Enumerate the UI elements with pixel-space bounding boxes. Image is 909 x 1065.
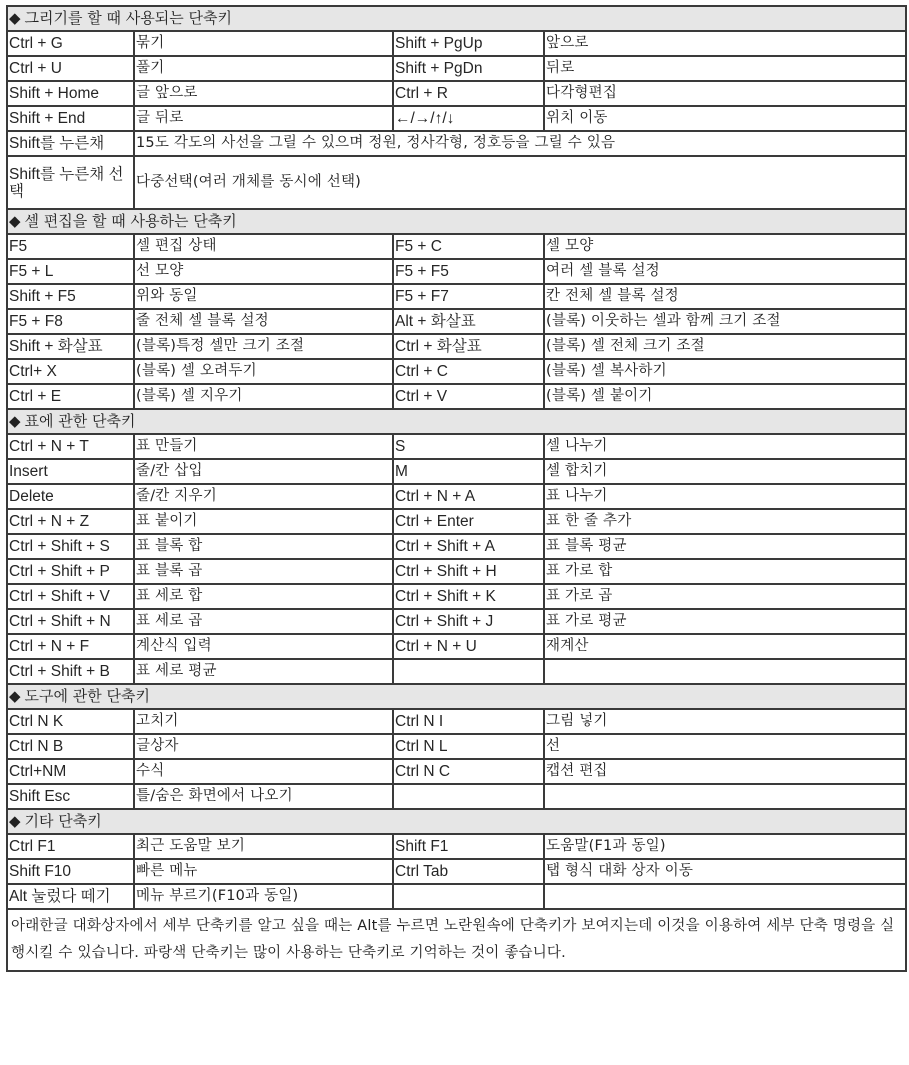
shortcut-desc: 표 세로 합 <box>134 584 393 609</box>
shortcut-key: Ctrl + Shift + J <box>393 609 544 634</box>
shortcut-key: Shift Esc <box>7 784 134 809</box>
section-title: 기타 단축키 <box>25 812 102 830</box>
diamond-bullet-icon: ◆ <box>9 9 21 27</box>
shortcut-desc: 캡션 편집 <box>544 759 906 784</box>
shortcut-key: Ctrl + R <box>393 81 544 106</box>
shortcut-desc: 칸 전체 셀 블록 설정 <box>544 284 906 309</box>
table-row: Shift Esc틀/숨은 화면에서 나오기 <box>7 784 906 809</box>
table-row: Shift F10빠른 메뉴Ctrl Tab탭 형식 대화 상자 이동 <box>7 859 906 884</box>
shortcut-key: Ctrl N C <box>393 759 544 784</box>
section-header-cell-edit: ◆셀 편집을 할 때 사용하는 단축키 <box>7 209 906 234</box>
shortcut-desc: 셀 나누기 <box>544 434 906 459</box>
section-title: 표에 관한 단축키 <box>25 412 136 430</box>
shortcut-desc: 수식 <box>134 759 393 784</box>
table-row: Ctrl + N + F계산식 입력Ctrl + N + U재계산 <box>7 634 906 659</box>
shortcut-desc: 표 블록 곱 <box>134 559 393 584</box>
shortcut-desc: 계산식 입력 <box>134 634 393 659</box>
shortcut-desc: 표 세로 평균 <box>134 659 393 684</box>
shortcut-key: Ctrl + Shift + H <box>393 559 544 584</box>
footer-note: 아래한글 대화상자에서 세부 단축키를 알고 싶을 때는 Alt를 누르면 노란… <box>7 909 906 971</box>
shortcut-key: F5 <box>7 234 134 259</box>
shortcut-key: Ctrl + V <box>393 384 544 409</box>
shortcut-desc: (블록) 이웃하는 셀과 함께 크기 조절 <box>544 309 906 334</box>
shortcut-desc: 표 만들기 <box>134 434 393 459</box>
shortcut-key: Shift를 누른채 선택 <box>7 156 134 209</box>
section-header-table: ◆표에 관한 단축키 <box>7 409 906 434</box>
shortcut-key: ←/→/↑/↓ <box>393 106 544 131</box>
shortcut-key: Ctrl + N + Z <box>7 509 134 534</box>
shortcut-key: Shift F1 <box>393 834 544 859</box>
shortcut-key: Ctrl + 화살표 <box>393 334 544 359</box>
footer-note-row: 아래한글 대화상자에서 세부 단축키를 알고 싶을 때는 Alt를 누르면 노란… <box>7 909 906 971</box>
table-row: Shift + 화살표(블록)특정 셀만 크기 조절Ctrl + 화살표(블록)… <box>7 334 906 359</box>
table-row: Ctrl + E(블록) 셀 지우기Ctrl + V(블록) 셀 붙이기 <box>7 384 906 409</box>
shortcut-desc: 글 뒤로 <box>134 106 393 131</box>
table-row: Ctrl + Shift + P표 블록 곱Ctrl + Shift + H표 … <box>7 559 906 584</box>
shortcut-key: Ctrl + N + U <box>393 634 544 659</box>
shortcut-desc: 표 가로 곱 <box>544 584 906 609</box>
shortcut-key: Ctrl + Shift + S <box>7 534 134 559</box>
shortcut-key: Ctrl + N + T <box>7 434 134 459</box>
empty-cell <box>544 884 906 909</box>
shortcut-desc: 메뉴 부르기(F10과 동일) <box>134 884 393 909</box>
table-row: F5 + L선 모양F5 + F5여러 셀 블록 설정 <box>7 259 906 284</box>
shortcut-key: Shift를 누른채 <box>7 131 134 156</box>
shortcut-key: Shift + 화살표 <box>7 334 134 359</box>
shortcut-desc: 앞으로 <box>544 31 906 56</box>
empty-cell <box>393 884 544 909</box>
shortcut-desc: 위와 동일 <box>134 284 393 309</box>
section-title: 그리기를 할 때 사용되는 단축키 <box>25 9 232 27</box>
shortcut-key: Ctrl F1 <box>7 834 134 859</box>
section-header-misc: ◆기타 단축키 <box>7 809 906 834</box>
shortcut-key: Alt + 화살표 <box>393 309 544 334</box>
section-title-cell: ◆기타 단축키 <box>7 809 906 834</box>
shortcut-key: Ctrl + E <box>7 384 134 409</box>
empty-cell <box>544 659 906 684</box>
shortcut-key: Ctrl + G <box>7 31 134 56</box>
shortcut-desc: 표 세로 곱 <box>134 609 393 634</box>
shortcut-desc: 15도 각도의 사선을 그릴 수 있으며 정원, 정사각형, 정호등을 그릴 수… <box>134 131 906 156</box>
table-row: Shift + End글 뒤로←/→/↑/↓위치 이동 <box>7 106 906 131</box>
shortcut-desc: (블록) 셀 오려두기 <box>134 359 393 384</box>
diamond-bullet-icon: ◆ <box>9 412 21 430</box>
table-row: Ctrl + N + Z표 붙이기Ctrl + Enter표 한 줄 추가 <box>7 509 906 534</box>
shortcut-desc: 줄/칸 삽입 <box>134 459 393 484</box>
shortcut-desc: (블록) 셀 붙이기 <box>544 384 906 409</box>
section-title-cell: ◆도구에 관한 단축키 <box>7 684 906 709</box>
shortcut-desc: (블록) 셀 지우기 <box>134 384 393 409</box>
diamond-bullet-icon: ◆ <box>9 212 21 230</box>
shortcut-desc: 최근 도움말 보기 <box>134 834 393 859</box>
shortcut-desc: 묶기 <box>134 31 393 56</box>
shortcut-key: Shift + Home <box>7 81 134 106</box>
table-row: F5 + F8줄 전체 셀 블록 설정Alt + 화살표(블록) 이웃하는 셀과… <box>7 309 906 334</box>
table-row: Ctrl N B글상자Ctrl N L선 <box>7 734 906 759</box>
shortcut-desc: 표 블록 평균 <box>544 534 906 559</box>
shortcut-key: Ctrl + Shift + V <box>7 584 134 609</box>
shortcut-key: Ctrl + Shift + B <box>7 659 134 684</box>
shortcut-key: Ctrl N K <box>7 709 134 734</box>
table-row: Ctrl + Shift + V표 세로 합Ctrl + Shift + K표 … <box>7 584 906 609</box>
shortcut-desc: 탭 형식 대화 상자 이동 <box>544 859 906 884</box>
shortcut-key: Ctrl + Enter <box>393 509 544 534</box>
section-title: 셀 편집을 할 때 사용하는 단축키 <box>25 212 237 230</box>
shortcut-table-body: ◆그리기를 할 때 사용되는 단축키 Ctrl + G묶기Shift + PgU… <box>7 6 906 971</box>
table-row: Ctrl + Shift + S표 블록 합Ctrl + Shift + A표 … <box>7 534 906 559</box>
shortcut-key: Alt 눌렀다 떼기 <box>7 884 134 909</box>
shortcut-key: Ctrl + Shift + P <box>7 559 134 584</box>
section-title-cell: ◆그리기를 할 때 사용되는 단축키 <box>7 6 906 31</box>
shortcut-key: F5 + L <box>7 259 134 284</box>
shortcut-key: Ctrl + C <box>393 359 544 384</box>
table-row: Shift + Home글 앞으로Ctrl + R다각형편집 <box>7 81 906 106</box>
shortcut-desc: 표 가로 평균 <box>544 609 906 634</box>
shortcut-key: Ctrl+ X <box>7 359 134 384</box>
shortcut-desc: 고치기 <box>134 709 393 734</box>
section-header-tools: ◆도구에 관한 단축키 <box>7 684 906 709</box>
table-row: Ctrl + Shift + N표 세로 곱Ctrl + Shift + J표 … <box>7 609 906 634</box>
section-header-drawing: ◆그리기를 할 때 사용되는 단축키 <box>7 6 906 31</box>
table-row: Ctrl F1최근 도움말 보기Shift F1도움말(F1과 동일) <box>7 834 906 859</box>
shortcut-desc: 표 나누기 <box>544 484 906 509</box>
shortcut-desc: 표 블록 합 <box>134 534 393 559</box>
table-row: Alt 눌렀다 떼기메뉴 부르기(F10과 동일) <box>7 884 906 909</box>
shortcut-desc: (블록)특정 셀만 크기 조절 <box>134 334 393 359</box>
shortcut-key: Ctrl + N + A <box>393 484 544 509</box>
shortcut-desc: 그림 넣기 <box>544 709 906 734</box>
table-row: Ctrl + U풀기Shift + PgDn뒤로 <box>7 56 906 81</box>
diamond-bullet-icon: ◆ <box>9 687 21 705</box>
shortcut-desc: 여러 셀 블록 설정 <box>544 259 906 284</box>
table-row: Shift + F5위와 동일F5 + F7칸 전체 셀 블록 설정 <box>7 284 906 309</box>
shortcut-desc: 위치 이동 <box>544 106 906 131</box>
shortcut-key: Shift + F5 <box>7 284 134 309</box>
shortcut-desc: 줄 전체 셀 블록 설정 <box>134 309 393 334</box>
shortcut-key: F5 + F8 <box>7 309 134 334</box>
shortcut-key: Delete <box>7 484 134 509</box>
shortcut-key: Ctrl + Shift + N <box>7 609 134 634</box>
shortcut-key: Ctrl + Shift + A <box>393 534 544 559</box>
shortcut-key: Shift + PgUp <box>393 31 544 56</box>
shortcut-desc: 셀 모양 <box>544 234 906 259</box>
shortcut-key: F5 + F7 <box>393 284 544 309</box>
diamond-bullet-icon: ◆ <box>9 812 21 830</box>
shortcut-desc: 도움말(F1과 동일) <box>544 834 906 859</box>
table-row: Ctrl + N + T표 만들기S셀 나누기 <box>7 434 906 459</box>
shortcut-key: Ctrl Tab <box>393 859 544 884</box>
shortcut-desc: 빠른 메뉴 <box>134 859 393 884</box>
shortcut-desc: 줄/칸 지우기 <box>134 484 393 509</box>
section-title-cell: ◆표에 관한 단축키 <box>7 409 906 434</box>
shortcut-key: F5 + F5 <box>393 259 544 284</box>
shortcut-key: F5 + C <box>393 234 544 259</box>
shortcut-key: S <box>393 434 544 459</box>
table-row: Ctrl + G묶기Shift + PgUp앞으로 <box>7 31 906 56</box>
shortcut-desc: 글상자 <box>134 734 393 759</box>
table-row: Ctrl+ X(블록) 셀 오려두기Ctrl + C(블록) 셀 복사하기 <box>7 359 906 384</box>
shortcut-desc: 뒤로 <box>544 56 906 81</box>
shortcut-desc: 재계산 <box>544 634 906 659</box>
shortcut-key: Ctrl + U <box>7 56 134 81</box>
empty-cell <box>393 659 544 684</box>
shortcut-key: Insert <box>7 459 134 484</box>
table-row: Ctrl+NM수식Ctrl N C캡션 편집 <box>7 759 906 784</box>
shortcut-desc: 선 모양 <box>134 259 393 284</box>
shortcut-key: Ctrl N I <box>393 709 544 734</box>
shortcut-key: M <box>393 459 544 484</box>
table-row: Insert줄/칸 삽입M셀 합치기 <box>7 459 906 484</box>
table-row-wide: Shift를 누른채15도 각도의 사선을 그릴 수 있으며 정원, 정사각형,… <box>7 131 906 156</box>
shortcut-desc: (블록) 셀 전체 크기 조절 <box>544 334 906 359</box>
shortcut-key: Ctrl+NM <box>7 759 134 784</box>
table-row: F5셀 편집 상태F5 + C셀 모양 <box>7 234 906 259</box>
shortcut-desc: (블록) 셀 복사하기 <box>544 359 906 384</box>
shortcut-table: ◆그리기를 할 때 사용되는 단축키 Ctrl + G묶기Shift + PgU… <box>6 5 907 972</box>
table-row: Ctrl + Shift + B표 세로 평균 <box>7 659 906 684</box>
shortcut-desc: 표 붙이기 <box>134 509 393 534</box>
shortcut-desc: 선 <box>544 734 906 759</box>
shortcut-desc: 풀기 <box>134 56 393 81</box>
table-row-wide: Shift를 누른채 선택다중선택(여러 개체를 동시에 선택) <box>7 156 906 209</box>
table-row: Ctrl N K고치기Ctrl N I그림 넣기 <box>7 709 906 734</box>
section-title: 도구에 관한 단축키 <box>25 687 150 705</box>
shortcut-key: Ctrl N L <box>393 734 544 759</box>
shortcut-key: Ctrl + N + F <box>7 634 134 659</box>
table-row: Delete줄/칸 지우기Ctrl + N + A표 나누기 <box>7 484 906 509</box>
shortcut-desc: 표 한 줄 추가 <box>544 509 906 534</box>
empty-cell <box>393 784 544 809</box>
shortcut-desc: 셀 합치기 <box>544 459 906 484</box>
empty-cell <box>544 784 906 809</box>
shortcut-desc: 다각형편집 <box>544 81 906 106</box>
shortcut-desc: 다중선택(여러 개체를 동시에 선택) <box>134 156 906 209</box>
shortcut-desc: 표 가로 합 <box>544 559 906 584</box>
shortcut-key: Shift + End <box>7 106 134 131</box>
shortcut-desc: 글 앞으로 <box>134 81 393 106</box>
section-title-cell: ◆셀 편집을 할 때 사용하는 단축키 <box>7 209 906 234</box>
shortcut-key: Ctrl + Shift + K <box>393 584 544 609</box>
shortcut-desc: 셀 편집 상태 <box>134 234 393 259</box>
shortcut-desc: 틀/숨은 화면에서 나오기 <box>134 784 393 809</box>
shortcut-key: Ctrl N B <box>7 734 134 759</box>
shortcut-key: Shift + PgDn <box>393 56 544 81</box>
shortcut-key: Shift F10 <box>7 859 134 884</box>
